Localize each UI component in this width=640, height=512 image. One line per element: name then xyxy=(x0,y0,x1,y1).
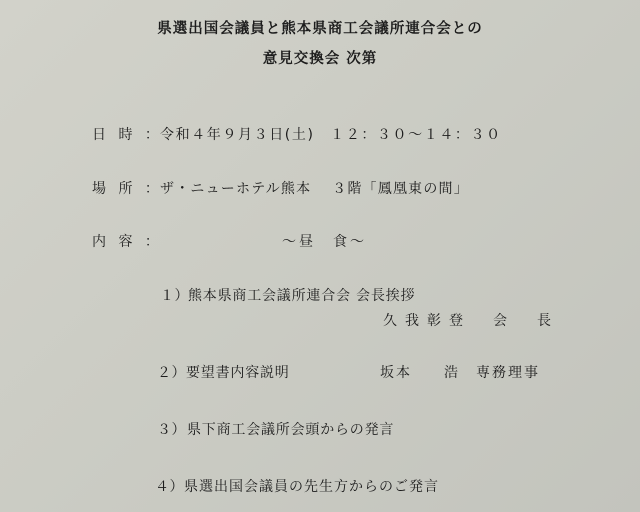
venue-label: 場 所 ： xyxy=(92,180,163,198)
agenda-text: 県下商工会議所会頭からの発言 xyxy=(187,421,394,439)
agenda-text: 県選出国会議員の先生方からのご発言 xyxy=(184,478,439,496)
content-label: 内 容 ： xyxy=(92,233,163,251)
lunch-item: ～昼 食～ xyxy=(282,233,367,251)
agenda-text: 熊本県商工会議所連合会 会長挨拶 xyxy=(188,287,415,305)
document-title-line2: 意見交換会 次第 xyxy=(0,50,640,68)
agenda-number: ２） xyxy=(157,364,186,382)
agenda-speaker: 久我彰登 会 長 xyxy=(383,312,559,330)
agenda-text: 要望書内容説明 xyxy=(186,364,290,382)
datetime-value: 令和４年９月３日(土) １２：３０～１４：３０ xyxy=(160,126,502,144)
agenda-document: 県選出国会議員と熊本県商工会議所連合会との 意見交換会 次第 日 時 ： 令和４… xyxy=(0,0,640,512)
datetime-label: 日 時 ： xyxy=(92,126,163,144)
agenda-number: ４） xyxy=(155,478,184,496)
agenda-number: １） xyxy=(160,287,189,305)
venue-value: ザ・ニューホテル熊本 ３階「鳳凰東の間」 xyxy=(160,180,469,198)
agenda-number: ３） xyxy=(157,421,186,439)
agenda-speaker: 坂本 浩 専務理事 xyxy=(380,364,540,382)
document-title-line1: 県選出国会議員と熊本県商工会議所連合会との xyxy=(0,20,640,38)
